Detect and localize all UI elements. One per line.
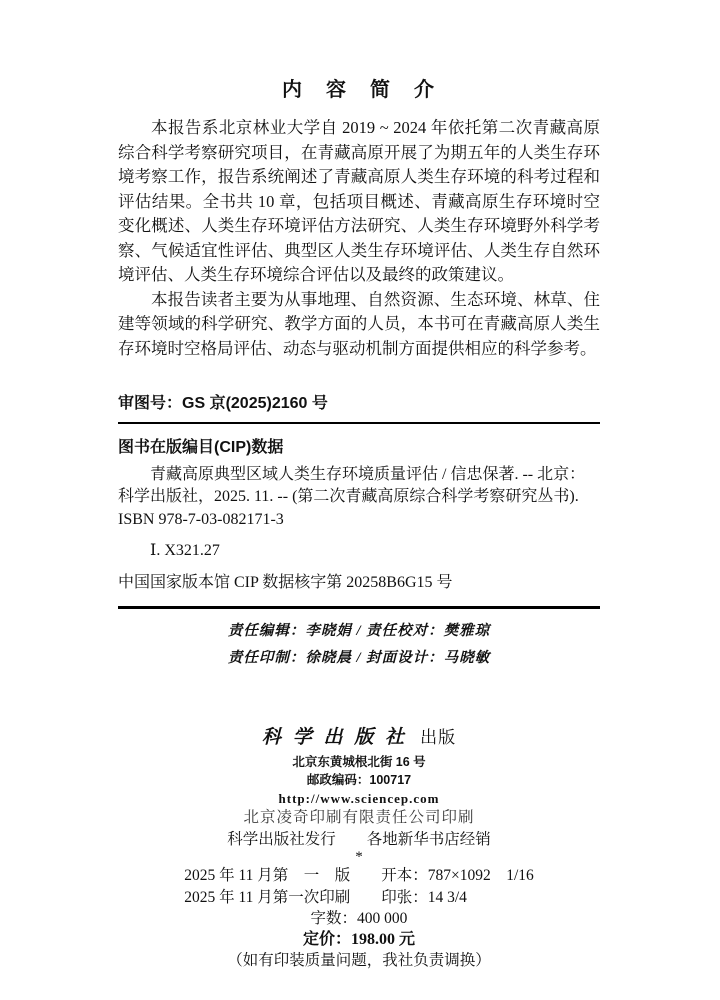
publisher-address: 北京东黄城根北街 16 号 <box>118 753 600 772</box>
publisher-postcode: 邮政编码：100717 <box>118 771 600 790</box>
cip-heading: 图书在版编目(CIP)数据 <box>118 437 600 458</box>
quality-exchange-note: （如有印装质量问题，我社负责调换） <box>118 950 600 972</box>
section-title: 内 容 简 介 <box>118 78 600 102</box>
publisher-block: 科学出版社 出版 北京东黄城根北街 16 号 邮政编码：100717 http:… <box>118 726 600 865</box>
cip-block: 图书在版编目(CIP)数据 青藏高原典型区域人类生存环境质量评估 / 信忠保著.… <box>118 437 600 595</box>
printing-company: 北京凌奇印刷有限责任公司印刷 <box>118 808 600 827</box>
distribution-line: 科学出版社发行 各地新华书店经销 <box>118 829 600 850</box>
edition-block: 2025 年 11 月第 一 版 开本：787×1092 1/16 2025 年… <box>118 865 600 972</box>
cip-registry-number: 中国国家版本馆 CIP 数据核字第 20258B6G15 号 <box>118 572 600 595</box>
publisher-name-line: 科学出版社 出版 <box>118 726 600 750</box>
publisher-logotype: 科学出版社 <box>262 727 416 748</box>
asterisk-divider: * <box>118 850 600 865</box>
edition-first-printing-format: 2025 年 11 月第 一 版 开本：787×1092 1/16 <box>184 865 534 887</box>
word-count: 字数：400 000 <box>118 909 600 929</box>
cip-isbn: ISBN 978-7-03-082171-3 <box>118 509 600 532</box>
book-copyright-page: 内 容 简 介 本报告系北京林业大学自 2019 ~ 2024 年依托第二次青藏… <box>0 0 720 1000</box>
publisher-suffix: 出版 <box>420 728 456 747</box>
cip-publisher-line: 科学出版社，2025. 11. -- (第二次青藏高原综合科学考察研究丛书). <box>118 486 600 509</box>
divider-rule-bottom <box>118 606 600 609</box>
divider-rule-top <box>118 422 600 424</box>
edition-lines: 2025 年 11 月第 一 版 开本：787×1092 1/16 2025 年… <box>184 865 534 909</box>
intro-paragraph-1: 本报告系北京林业大学自 2019 ~ 2024 年依托第二次青藏高原综合科学考察… <box>118 116 600 288</box>
map-approval-number: 审图号：GS 京(2025)2160 号 <box>118 393 600 414</box>
publisher-website: http://www.sciencep.com <box>118 790 600 808</box>
credit-printer-designer: 责任印制：徐晓晨 / 封面设计：马晓敏 <box>118 645 600 672</box>
staff-credits: 责任编辑：李晓娟 / 责任校对：樊雅琼 责任印制：徐晓晨 / 封面设计：马晓敏 <box>118 618 600 672</box>
credit-editor-proofreader: 责任编辑：李晓娟 / 责任校对：樊雅琼 <box>118 618 600 645</box>
cip-classification-number: Ⅰ. X321.27 <box>150 540 600 563</box>
price: 定价：198.00 元 <box>118 929 600 950</box>
intro-paragraph-2: 本报告读者主要为从事地理、自然资源、生态环境、林草、住建等领域的科学研究、教学方… <box>118 288 600 362</box>
cip-title-line: 青藏高原典型区域人类生存环境质量评估 / 信忠保著. -- 北京： <box>118 464 600 487</box>
edition-print-run-sheets: 2025 年 11 月第一次印刷 印张：14 3/4 <box>184 887 534 909</box>
